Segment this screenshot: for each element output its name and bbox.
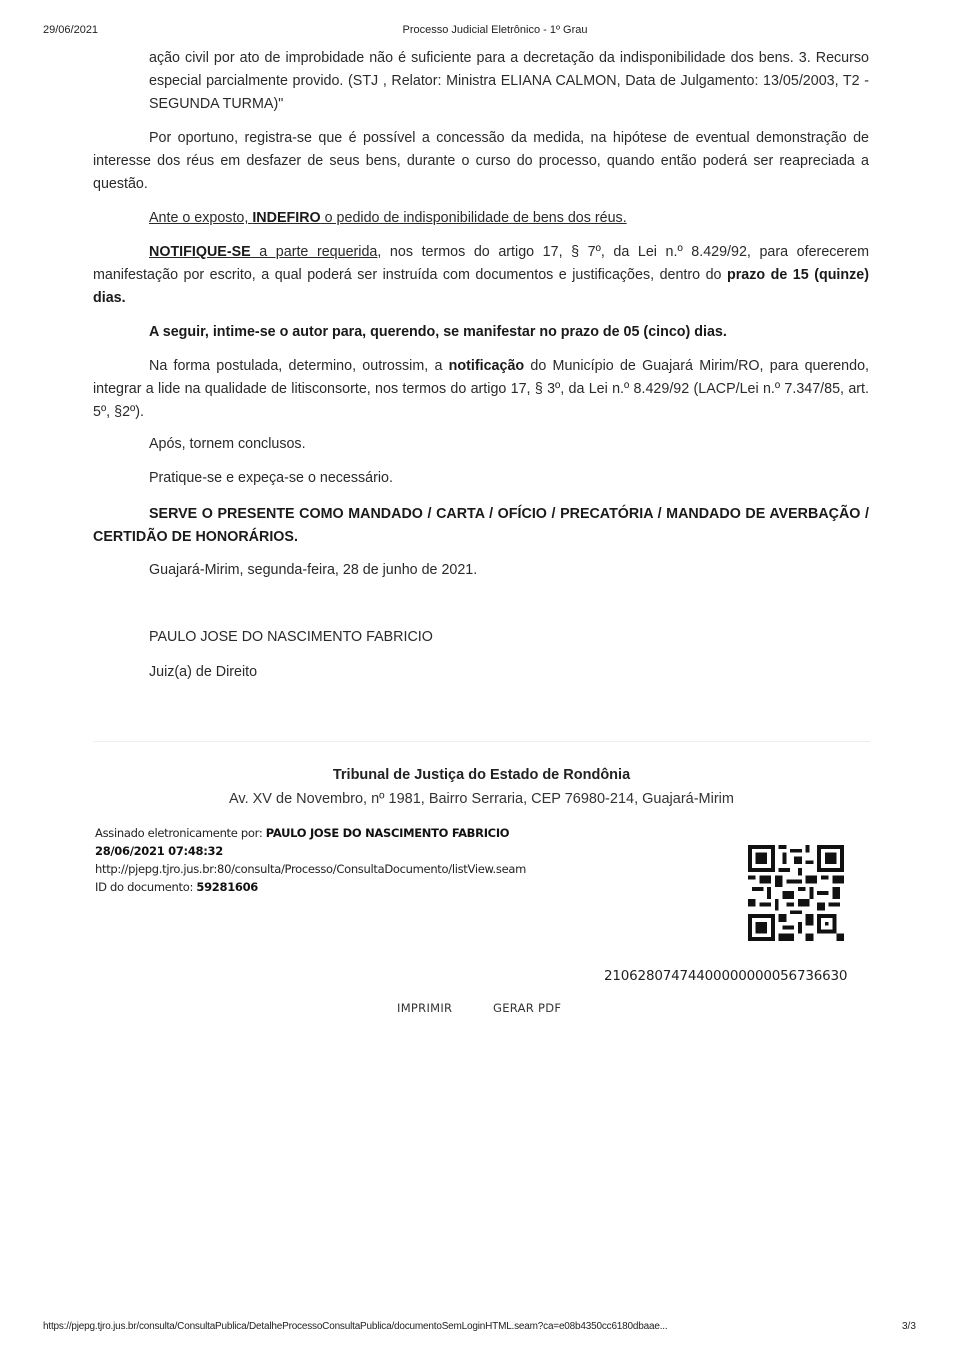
paragraph-oportuno-text: Por oportuno, registra-se que é possível… bbox=[93, 127, 869, 196]
place-date: Guajará-Mirim, segunda-feira, 28 de junh… bbox=[149, 562, 477, 578]
page-number: 3/3 bbox=[902, 1321, 916, 1332]
paragraph-serve: SERVE O PRESENTE COMO MANDADO / CARTA / … bbox=[93, 503, 869, 549]
signed-by-label: Assinado eletronicamente por: bbox=[95, 826, 266, 840]
notificacao-before: Na forma postulada, determino, outrossim… bbox=[149, 358, 449, 374]
signer-name: PAULO JOSE DO NASCIMENTO FABRICIO bbox=[266, 826, 509, 840]
court-name: Tribunal de Justiça do Estado de Rondôni… bbox=[0, 767, 960, 783]
paragraph-apos: Após, tornem conclusos. bbox=[149, 436, 306, 452]
paragraph-pratique: Pratique-se e expeça-se o necessário. bbox=[149, 470, 393, 486]
notifique-bold: NOTIFIQUE-SE bbox=[149, 244, 251, 260]
paragraph-notifique: NOTIFIQUE-SE a parte requerida, nos term… bbox=[93, 241, 869, 310]
intime-text: A seguir, intime-se o autor para, queren… bbox=[149, 324, 727, 340]
verification-code: 21062807474400000000056736630 bbox=[604, 968, 847, 984]
divider bbox=[93, 741, 870, 742]
court-address: Av. XV de Novembro, nº 1981, Bairro Serr… bbox=[0, 791, 960, 807]
doc-id-label: ID do documento: bbox=[95, 880, 196, 894]
judge-name: PAULO JOSE DO NASCIMENTO FABRICIO bbox=[149, 629, 433, 645]
doc-id: 59281606 bbox=[196, 880, 258, 894]
print-title: Processo Judicial Eletrônico - 1º Grau bbox=[0, 24, 960, 36]
indefiro-after: o pedido de indisponibilidade de bens do… bbox=[321, 210, 627, 226]
qr-code-icon bbox=[748, 845, 844, 941]
print-button[interactable]: IMPRIMIR bbox=[397, 1001, 452, 1015]
paragraph-intime: A seguir, intime-se o autor para, queren… bbox=[93, 321, 869, 344]
judge-role: Juiz(a) de Direito bbox=[149, 664, 257, 680]
notificacao-bold: notificação bbox=[449, 358, 524, 374]
indefiro-before: Ante o exposto, bbox=[149, 210, 252, 226]
generate-pdf-button[interactable]: GERAR PDF bbox=[493, 1001, 561, 1015]
footer-url: https://pjepg.tjro.jus.br/consulta/Consu… bbox=[43, 1321, 667, 1332]
paragraph-oportuno: Por oportuno, registra-se que é possível… bbox=[93, 127, 869, 196]
notifique-underlined: a parte requerida bbox=[251, 244, 378, 260]
signature-block: Assinado eletronicamente por: PAULO JOSE… bbox=[95, 824, 526, 896]
paragraph-notificacao: Na forma postulada, determino, outrossim… bbox=[93, 355, 869, 424]
signature-datetime: 28/06/2021 07:48:32 bbox=[95, 844, 223, 858]
indefiro-bold: INDEFIRO bbox=[252, 210, 320, 226]
jurisprudence-quote: ação civil por ato de improbidade não é … bbox=[149, 47, 869, 116]
serve-text: SERVE O PRESENTE COMO MANDADO / CARTA / … bbox=[93, 506, 869, 545]
paragraph-indefiro: Ante o exposto, INDEFIRO o pedido de ind… bbox=[93, 207, 869, 230]
signature-url[interactable]: http://pjepg.tjro.jus.br:80/consulta/Pro… bbox=[95, 860, 526, 878]
